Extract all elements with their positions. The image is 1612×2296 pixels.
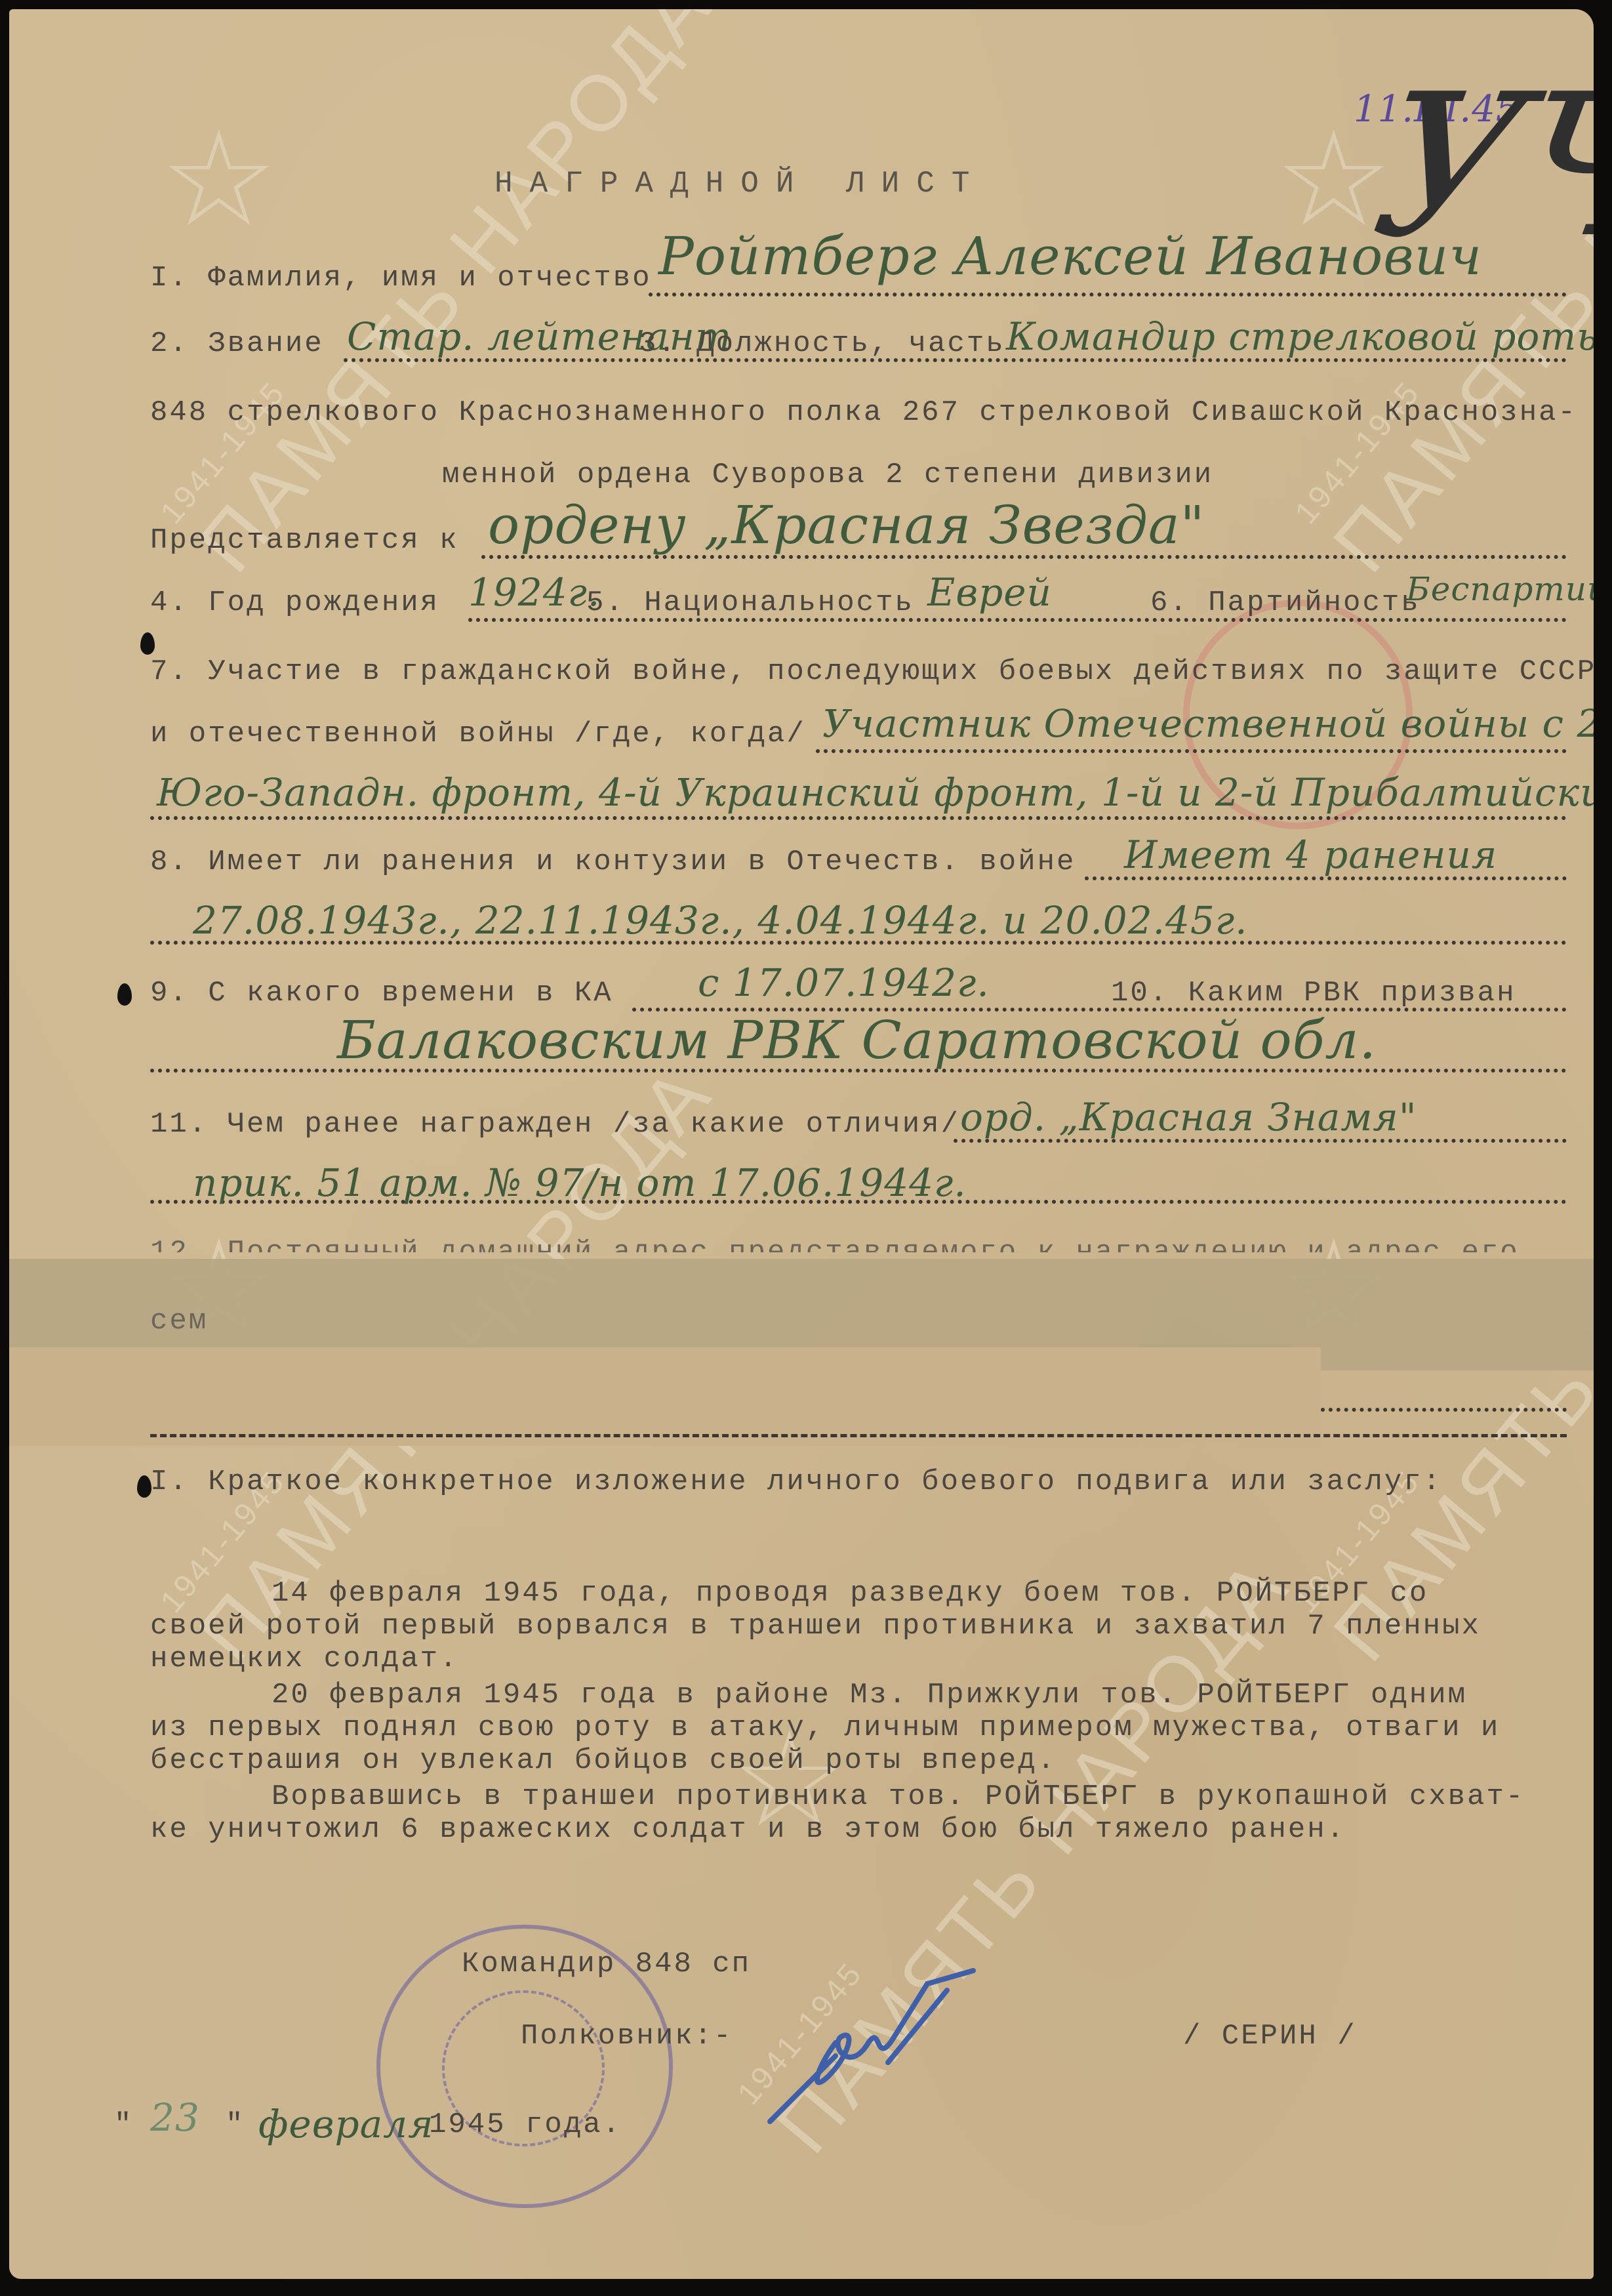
signature-rank: Полковник:- <box>521 2020 733 2053</box>
field-10-label: 10. Каким РВК призван <box>1111 977 1516 1010</box>
signature-position: Командир 848 сп <box>462 1948 751 1980</box>
watermark-star-icon: ☆ <box>160 114 277 245</box>
field-3-label: 3. Должность, часть <box>639 327 1005 360</box>
narrative-line: немецких солдат. <box>150 1643 458 1675</box>
section-heading: I. Краткое конкретное изложение личного … <box>150 1466 1442 1498</box>
nominated-value: ордену „Красная Звезда" <box>488 495 1205 556</box>
field-4-value: 1924г. <box>468 570 600 615</box>
field-8-value-line1: Имеет 4 ранения <box>1124 832 1497 877</box>
field-1-label: I. Фамилия, имя и отчество <box>150 262 652 295</box>
field-2-label: 2. Звание <box>150 327 324 360</box>
narrative-line: 14 февраля 1945 года, проводя разведку б… <box>272 1577 1428 1610</box>
date-quote-close: " <box>226 2108 245 2141</box>
field-6-value: Беспартийный <box>1406 570 1594 608</box>
punch-mark <box>117 983 132 1006</box>
field-11-value-line1: орд. „Красная Знамя" <box>960 1095 1417 1139</box>
narrative-line: 20 февраля 1945 года в районе Мз. Прижку… <box>272 1679 1467 1712</box>
field-3-value: Командир стрелковой роты <box>1006 314 1594 359</box>
field-9-value: с 17.07.1942г. <box>698 960 990 1005</box>
field-7-label-line2: и отечественной войны /где, когда/ <box>150 718 806 750</box>
date-day: 23 <box>150 2095 200 2140</box>
field-4-label: 4. Год рождения <box>150 586 439 619</box>
dotted-line <box>468 618 1567 622</box>
narrative-line: бесстрашия он увлекал бойцов своей роты … <box>150 1744 1057 1777</box>
field-6-label: 6. Партийность <box>1150 586 1421 619</box>
award-sheet-page: ☆ 1941-1945ПАМЯТЬ НАРОДА ☆ 1941-1945ПАМЯ… <box>9 9 1594 2279</box>
field-8-value-line2: 27.08.1943г., 22.11.1943г., 4.04.1944г. … <box>193 898 1248 943</box>
field-9-label: 9. С какого времени в КА <box>150 977 613 1010</box>
signature-name: / СЕРИН / <box>1183 2020 1357 2053</box>
field-3-continuation-1: 848 стрелкового Краснознаменного полка 2… <box>150 396 1577 429</box>
narrative-line: ке уничтожил 6 вражеских солдат и в этом… <box>150 1813 1346 1846</box>
dashed-line <box>150 1434 1567 1437</box>
punch-mark <box>137 1475 151 1498</box>
page-title: НАГРАДНОЙ ЛИСТ <box>494 167 986 201</box>
nominated-label: Представляется к <box>150 524 458 557</box>
field-11-label: 11. Чем ранее награжден /за какие отличи… <box>150 1108 960 1141</box>
narrative-line: из первых поднял свою роту в атаку, личн… <box>150 1712 1500 1744</box>
date-year: 1945 года. <box>429 2108 622 2141</box>
narrative-line: Ворвавшись в траншеи противника тов. РОЙ… <box>272 1780 1525 1813</box>
field-10-value: Балаковским РВК Саратовской обл. <box>337 1010 1377 1071</box>
field-7-value-line2: Юго-Западн. фронт, 4-й Украинский фронт,… <box>157 770 1594 815</box>
field-12-label-cont: сем <box>150 1305 208 1338</box>
dotted-line <box>1321 1408 1567 1412</box>
field-7-label-line1: 7. Участие в гражданской войне, последую… <box>150 655 1594 688</box>
punch-mark <box>140 632 155 655</box>
dotted-line <box>649 293 1567 297</box>
field-1-value: Ройтберг Алексей Иванович <box>658 226 1482 287</box>
signature-scribble <box>757 1964 1032 2135</box>
date-month: февраля <box>258 2102 434 2146</box>
dotted-line <box>150 816 1567 820</box>
date-quote-open: " <box>114 2108 133 2141</box>
redacted-area <box>9 1347 1321 1446</box>
field-3-continuation-2: менной ордена Суворова 2 степени дивизии <box>442 459 1213 491</box>
field-5-value: Еврей <box>927 570 1052 615</box>
narrative-line: своей ротой первый ворвался в траншеи пр… <box>150 1610 1481 1643</box>
field-8-label: 8. Имеет ли ранения и контузии в Отечест… <box>150 846 1076 878</box>
field-5-label: 5. Национальность <box>586 586 914 619</box>
field-11-value-line2: прик. 51 арм. № 97/н от 17.06.1944г. <box>193 1160 967 1205</box>
field-7-value-line1: Участник Отечественной войны с 22.08.194… <box>822 701 1594 746</box>
dotted-line <box>816 749 1567 753</box>
